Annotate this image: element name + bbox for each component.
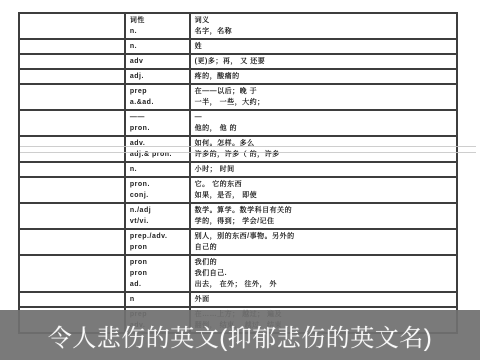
word-cell bbox=[19, 229, 125, 255]
meaning-cell: —他的， 他 的 bbox=[190, 110, 457, 136]
pos-cell-line: a.&ad. bbox=[130, 97, 185, 108]
word-cell-line bbox=[24, 21, 120, 32]
meaning-cell-line: 一半， 一些，大约； bbox=[195, 97, 452, 108]
word-cell-line bbox=[24, 92, 120, 103]
pos-cell-line: n bbox=[130, 294, 185, 305]
meaning-cell: 外面 bbox=[190, 292, 457, 307]
meaning-cell-line: 数学。算学。数学科目有关的 bbox=[195, 205, 452, 216]
table-row: n./adjvt/vi.数学。算学。数学科目有关的学的，得到； 学会/记住 bbox=[19, 203, 457, 229]
pos-cell: n. bbox=[125, 162, 190, 177]
meaning-cell-line: 出去， 在外； 往外， 外 bbox=[195, 279, 452, 290]
table-row: n.小时； 时间 bbox=[19, 162, 457, 177]
meaning-cell: 它。 它的东西如果，是否， 即使 bbox=[190, 177, 457, 203]
meaning-cell-line: 我们自己. bbox=[195, 268, 452, 279]
pos-cell-line: pron. bbox=[130, 179, 185, 190]
pos-cell: prepa.&ad. bbox=[125, 84, 190, 110]
meaning-cell: 数学。算学。数学科目有关的学的，得到； 学会/记住 bbox=[190, 203, 457, 229]
pos-cell-line: n. bbox=[130, 41, 185, 52]
table-row: ——pron.—他的， 他 的 bbox=[19, 110, 457, 136]
pos-cell-line: pron bbox=[130, 242, 185, 253]
pos-cell-line: ad. bbox=[130, 279, 185, 290]
caption-banner: 令人悲伤的英文(抑郁悲伤的英文名) bbox=[0, 310, 480, 360]
word-cell bbox=[19, 84, 125, 110]
word-cell-line bbox=[24, 41, 120, 52]
word-cell-line bbox=[24, 268, 120, 279]
meaning-cell: 别人，别的东西/事物。另外的自己的 bbox=[190, 229, 457, 255]
meaning-cell-line: 我们的 bbox=[195, 257, 452, 268]
meaning-cell-line: (更)多；再， 又 还要 bbox=[195, 56, 452, 67]
pos-cell-line: pron bbox=[130, 268, 185, 279]
pos-cell: ——pron. bbox=[125, 110, 190, 136]
meaning-cell-line: 如何。怎样。多么 bbox=[195, 138, 452, 149]
word-cell bbox=[19, 255, 125, 292]
pos-cell-line: adj.& pron. bbox=[130, 149, 185, 160]
word-cell-line bbox=[24, 294, 120, 305]
meaning-cell-line: 别人，别的东西/事物。另外的 bbox=[195, 231, 452, 242]
word-cell-line bbox=[24, 185, 120, 196]
table-row: adv(更)多；再， 又 还要 bbox=[19, 54, 457, 69]
pos-cell-line: n. bbox=[130, 26, 185, 37]
pos-cell-line: conj. bbox=[130, 190, 185, 201]
meaning-cell-line: 外面 bbox=[195, 294, 452, 305]
word-cell bbox=[19, 177, 125, 203]
pos-cell-line: 词性 bbox=[130, 15, 185, 26]
meaning-cell-line: 小时； 时间 bbox=[195, 164, 452, 175]
meaning-cell-line: 名字，名称 bbox=[195, 26, 452, 37]
pos-cell-line: adv bbox=[130, 56, 185, 67]
pos-cell: n bbox=[125, 292, 190, 307]
word-cell bbox=[19, 54, 125, 69]
caption-title: 令人悲伤的英文(抑郁悲伤的英文名) bbox=[48, 318, 432, 353]
meaning-cell: (更)多；再， 又 还要 bbox=[190, 54, 457, 69]
pos-cell: 词性n. bbox=[125, 13, 190, 39]
word-cell-line bbox=[24, 211, 120, 222]
word-cell bbox=[19, 13, 125, 39]
word-cell bbox=[19, 136, 125, 162]
meaning-cell-line: 自己的 bbox=[195, 242, 452, 253]
meaning-cell-line: 许多的，许多（ 的，许多 bbox=[195, 149, 452, 160]
pos-cell-line: n. bbox=[130, 164, 185, 175]
meaning-cell: 我们的我们自己.出去， 在外； 往外， 外 bbox=[190, 255, 457, 292]
meaning-cell-line: — bbox=[195, 112, 452, 123]
word-cell-line bbox=[24, 56, 120, 67]
pos-cell-line: adv. bbox=[130, 138, 185, 149]
meaning-cell-line: 如果，是否， 即使 bbox=[195, 190, 452, 201]
word-cell-line bbox=[24, 118, 120, 129]
table-row: prep./adv.pron别人，别的东西/事物。另外的自己的 bbox=[19, 229, 457, 255]
meaning-cell-line: 学的，得到； 学会/记住 bbox=[195, 216, 452, 227]
table-row: 词性n.词义名字，名称 bbox=[19, 13, 457, 39]
table-row: pron.conj.它。 它的东西如果，是否， 即使 bbox=[19, 177, 457, 203]
pos-cell: prep./adv.pron bbox=[125, 229, 190, 255]
table-row: adv.adj.& pron.如何。怎样。多么许多的，许多（ 的，许多 bbox=[19, 136, 457, 162]
pos-cell: n. bbox=[125, 39, 190, 54]
word-cell-line bbox=[24, 144, 120, 155]
meaning-cell: 姓 bbox=[190, 39, 457, 54]
meaning-cell-line: 词义 bbox=[195, 15, 452, 26]
word-cell-line bbox=[24, 71, 120, 82]
word-cell bbox=[19, 110, 125, 136]
pos-cell: adv bbox=[125, 54, 190, 69]
word-cell bbox=[19, 162, 125, 177]
word-cell bbox=[19, 203, 125, 229]
word-cell bbox=[19, 39, 125, 54]
pos-cell: n./adjvt/vi. bbox=[125, 203, 190, 229]
word-cell-line bbox=[24, 237, 120, 248]
pos-cell-line: pron. bbox=[130, 123, 185, 134]
table-row: n.姓 bbox=[19, 39, 457, 54]
meaning-cell: 词义名字，名称 bbox=[190, 13, 457, 39]
pos-cell-line: pron bbox=[130, 257, 185, 268]
pos-cell: adv.adj.& pron. bbox=[125, 136, 190, 162]
pos-cell: adj. bbox=[125, 69, 190, 84]
meaning-cell-line: 他的， 他 的 bbox=[195, 123, 452, 134]
meaning-cell-line: 疼的，酸痛的 bbox=[195, 71, 452, 82]
pos-cell-line: prep bbox=[130, 86, 185, 97]
meaning-cell-line: 它。 它的东西 bbox=[195, 179, 452, 190]
table-row: pronpronad.我们的我们自己.出去， 在外； 往外， 外 bbox=[19, 255, 457, 292]
meaning-cell: 疼的，酸痛的 bbox=[190, 69, 457, 84]
meaning-cell: 小时； 时间 bbox=[190, 162, 457, 177]
meaning-cell-line: 在——以后；晚 于 bbox=[195, 86, 452, 97]
pos-cell-line: —— bbox=[130, 112, 185, 123]
word-cell-line bbox=[24, 164, 120, 175]
word-cell bbox=[19, 69, 125, 84]
meaning-cell: 如何。怎样。多么许多的，许多（ 的，许多 bbox=[190, 136, 457, 162]
pos-cell-line: adj. bbox=[130, 71, 185, 82]
table-row: adj.疼的，酸痛的 bbox=[19, 69, 457, 84]
pos-cell-line: n./adj bbox=[130, 205, 185, 216]
meaning-cell-line: 姓 bbox=[195, 41, 452, 52]
vocab-table: 词性n.词义名字，名称n.姓adv(更)多；再， 又 还要adj.疼的，酸痛的p… bbox=[18, 12, 458, 334]
pos-cell-line: vt/vi. bbox=[130, 216, 185, 227]
pos-cell: pron.conj. bbox=[125, 177, 190, 203]
pos-cell-line: prep./adv. bbox=[130, 231, 185, 242]
word-cell bbox=[19, 292, 125, 307]
table-row: prepa.&ad.在——以后；晚 于一半， 一些，大约； bbox=[19, 84, 457, 110]
table-row: n外面 bbox=[19, 292, 457, 307]
pos-cell: pronpronad. bbox=[125, 255, 190, 292]
meaning-cell: 在——以后；晚 于一半， 一些，大约； bbox=[190, 84, 457, 110]
